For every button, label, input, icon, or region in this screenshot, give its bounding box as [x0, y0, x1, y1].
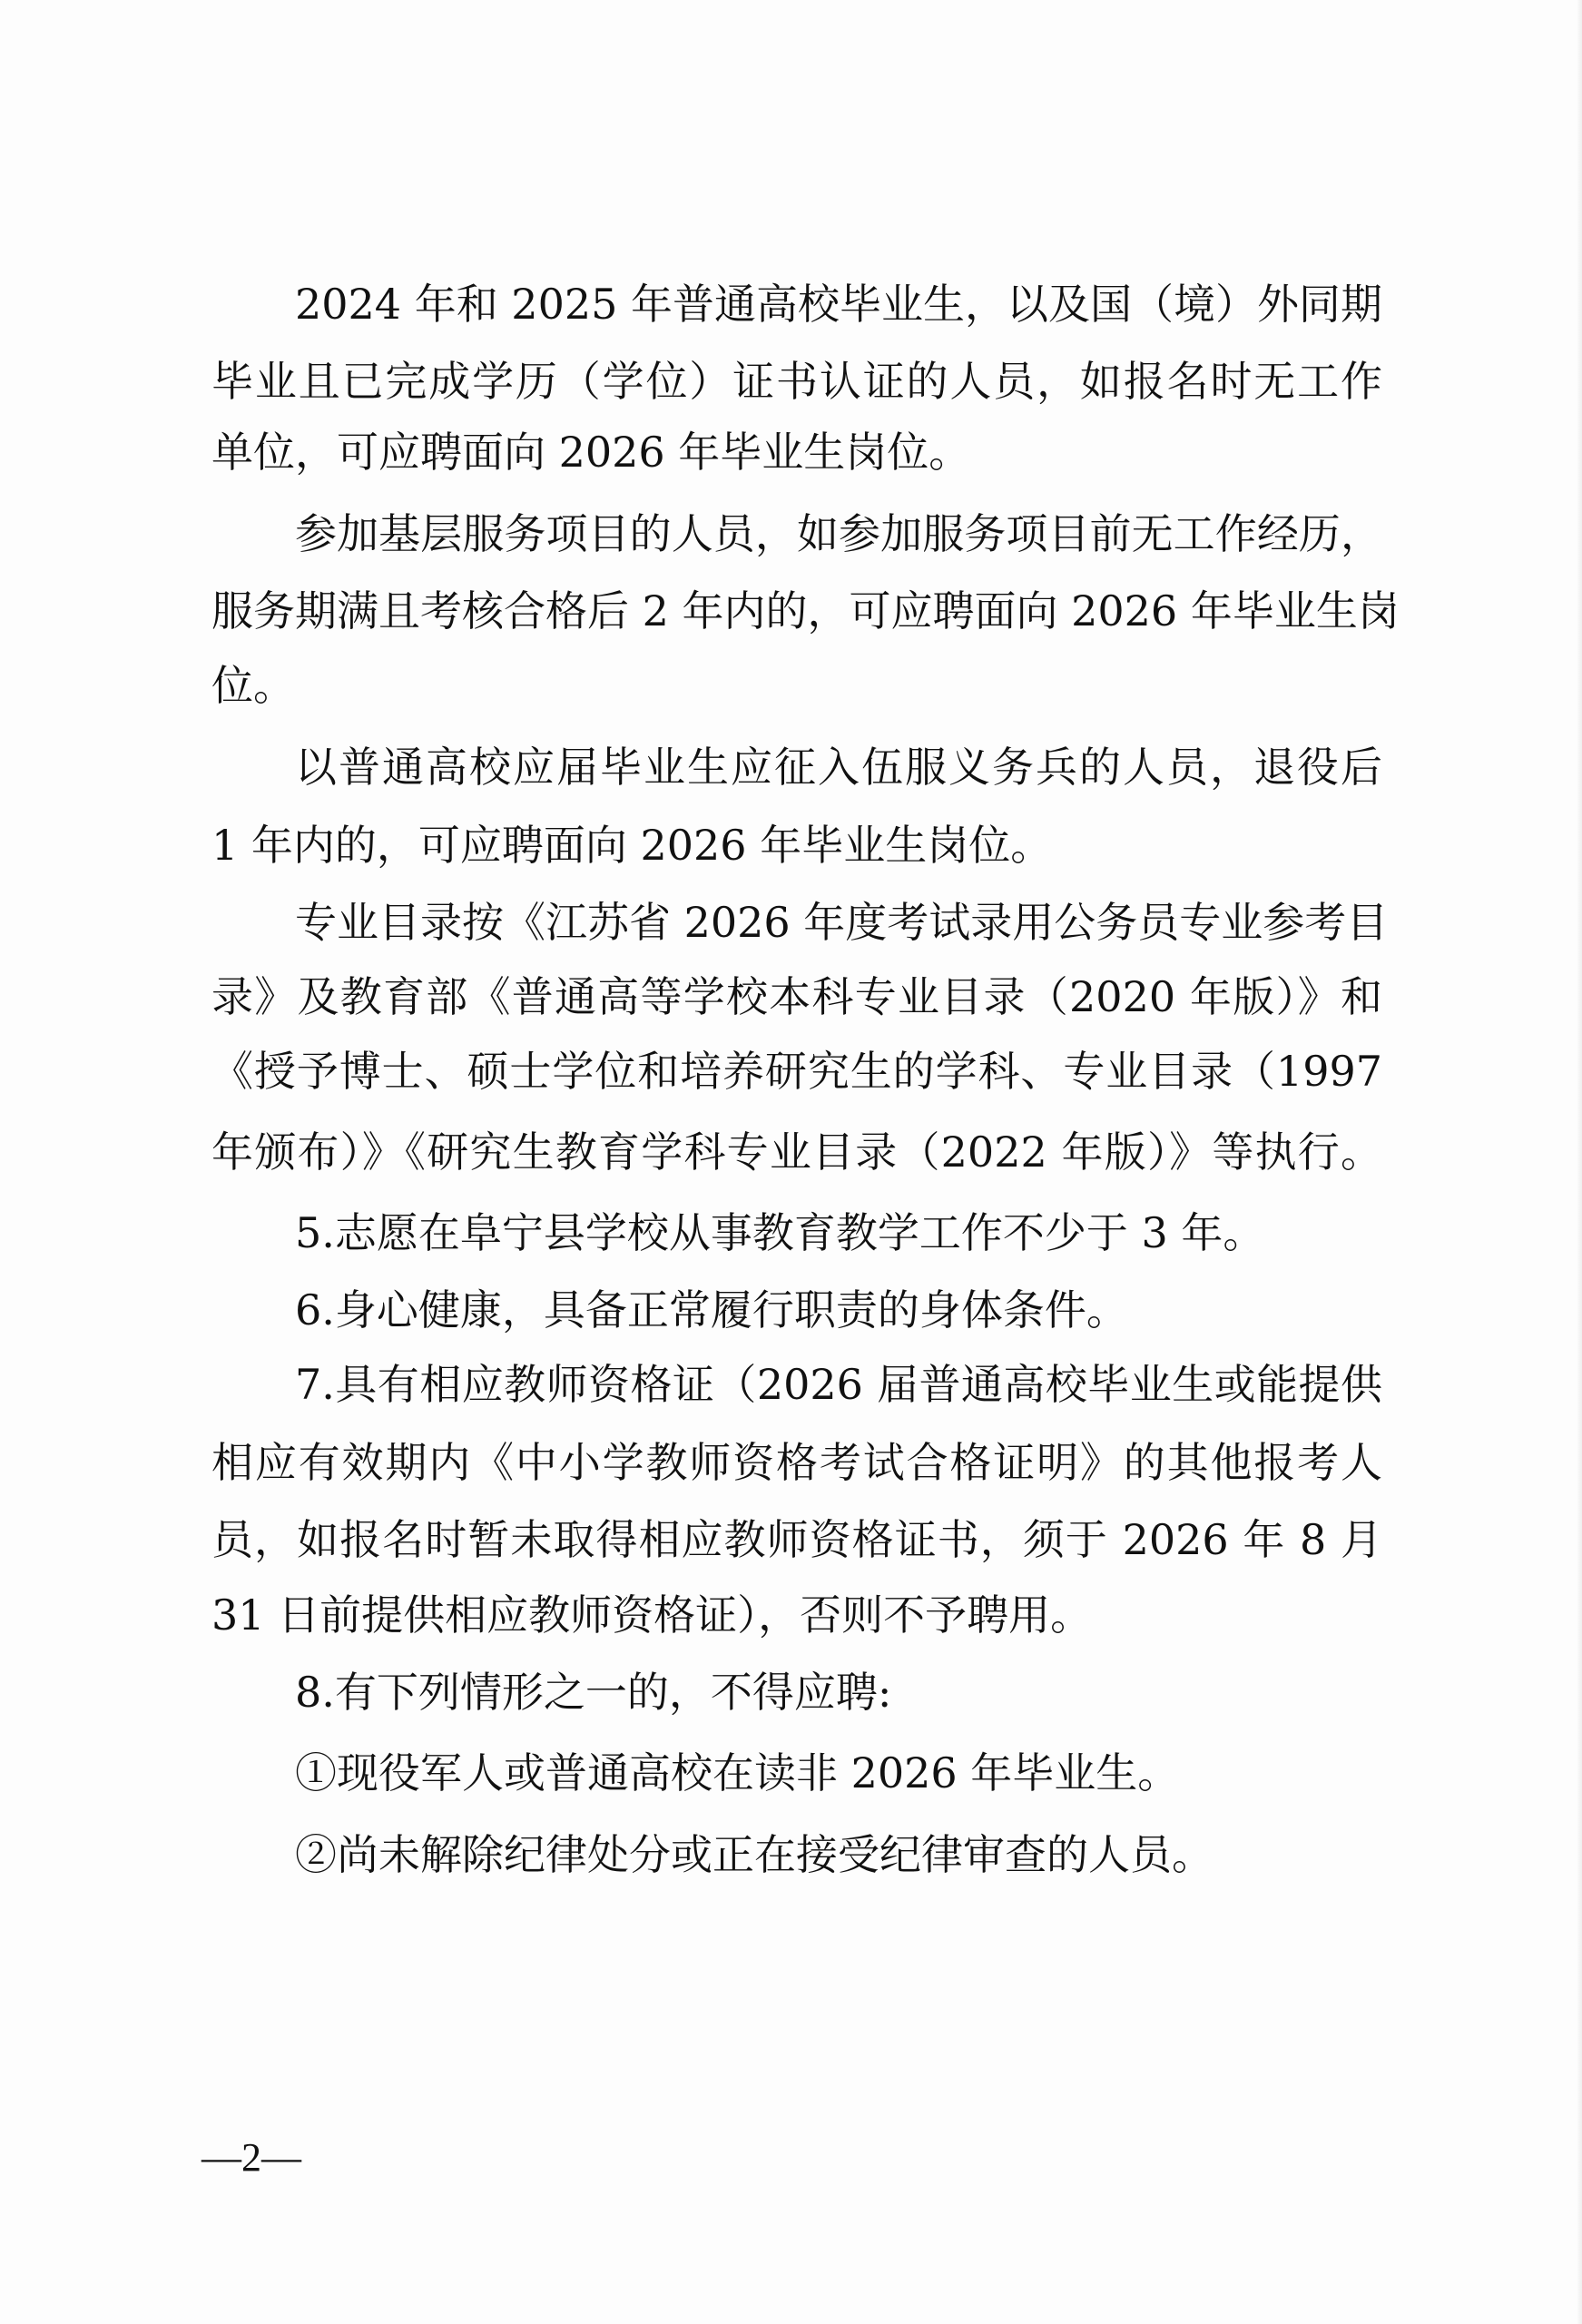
paragraph-3-line-1: 以普通高校应届毕业生应征入伍服义务兵的人员，退役后 [295, 742, 1382, 793]
paragraph-4-line-4: 年颁布）》《研究生教育学科专业目录（2022 年版）》等执行。 [211, 1127, 1382, 1177]
page-number: —2— [201, 2135, 301, 2181]
document-page: 2024 年和 2025 年普通高校毕业生，以及国（境）外同期 毕业且已完成学历… [0, 0, 1582, 2324]
paragraph-4-line-1: 专业目录按《江苏省 2026 年度考试录用公务员专业参考目 [295, 897, 1382, 948]
paragraph-3-line-2: 1 年内的，可应聘面向 2026 年毕业生岗位。 [211, 820, 1382, 871]
requirement-7-line-2: 相应有效期内《中小学教师资格考试合格证明》的其他报考人 [211, 1437, 1382, 1488]
paragraph-4-line-3: 《授予博士、硕士学位和培养研究生的学科、专业目录（1997 [211, 1046, 1382, 1097]
paragraph-2-line-1: 参加基层服务项目的人员，如参加服务项目前无工作经历， [295, 508, 1382, 559]
requirement-7-line-3: 员，如报名时暂未取得相应教师资格证书，须于 2026 年 8 月 [211, 1514, 1382, 1565]
paragraph-1-line-1: 2024 年和 2025 年普通高校毕业生，以及国（境）外同期 [295, 279, 1382, 330]
requirement-8-heading: 8.有下列情形之一的，不得应聘: [295, 1667, 1382, 1718]
paragraph-2-line-2: 服务期满且考核合格后 2 年内的，可应聘面向 2026 年毕业生岗 [211, 586, 1382, 636]
paragraph-1-line-2: 毕业且已完成学历（学位）证书认证的人员，如报名时无工作 [211, 356, 1382, 407]
scan-edge-shadow [1577, 0, 1582, 2324]
requirement-5: 5.志愿在阜宁县学校从事教育教学工作不少于 3 年。 [295, 1207, 1382, 1258]
requirement-6: 6.身心健康，具备正常履行职责的身体条件。 [295, 1285, 1382, 1335]
requirement-8-item-2: ②尚未解除纪律处分或正在接受纪律审查的人员。 [295, 1829, 1382, 1880]
requirement-7-line-4: 31 日前提供相应教师资格证），否则不予聘用。 [211, 1590, 1382, 1640]
requirement-8-item-1: ①现役军人或普通高校在读非 2026 年毕业生。 [295, 1748, 1382, 1798]
paragraph-2-line-3: 位。 [211, 660, 1382, 711]
paragraph-1-line-3: 单位，可应聘面向 2026 年毕业生岗位。 [211, 427, 1382, 478]
requirement-7-line-1: 7.具有相应教师资格证（2026 届普通高校毕业生或能提供 [295, 1359, 1382, 1410]
paragraph-4-line-2: 录》及教育部《普通高等学校本科专业目录（2020 年版）》和 [211, 971, 1382, 1022]
